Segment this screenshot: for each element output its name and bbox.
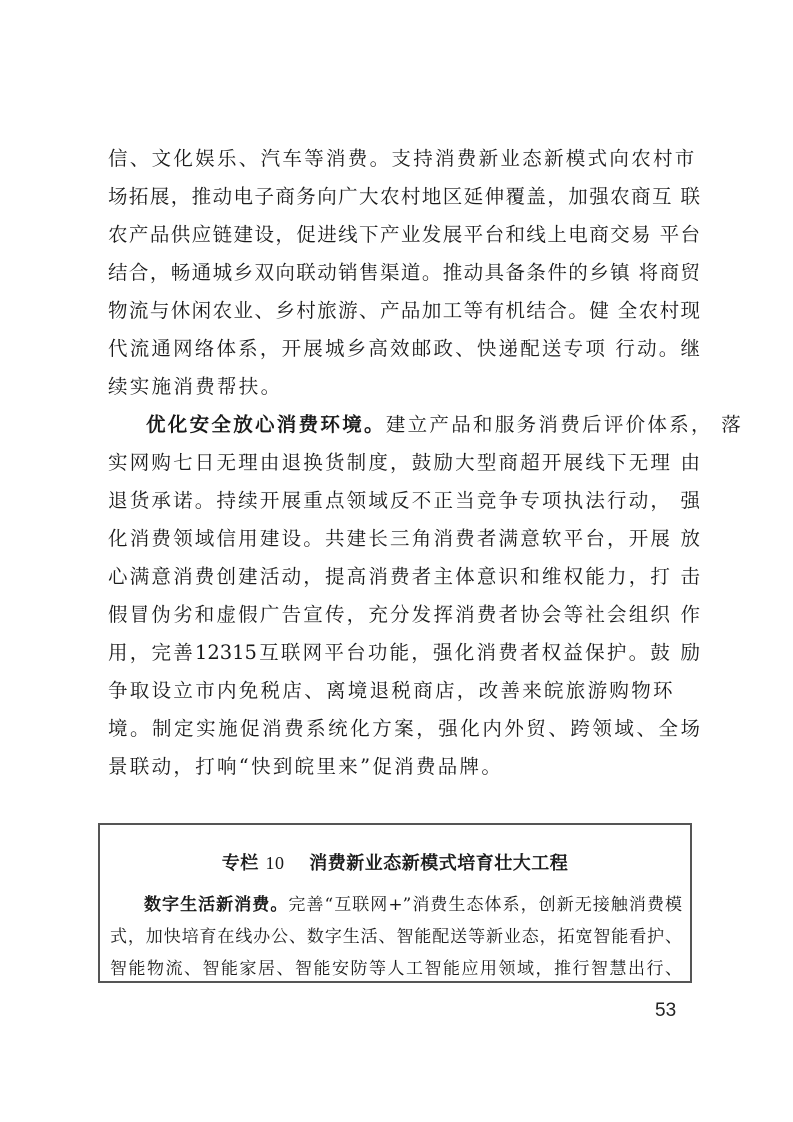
paragraph-line: 农产品供应链建设，促进线下产业发展平台和线上电商交易 平台 xyxy=(108,216,700,254)
document-page: 信、文化娱乐、汽车等消费。支持消费新业态新模式向农村市 场拓展，推动电子商务向广… xyxy=(0,0,793,1122)
paragraph-text: 建立产品和服务消费后评价体系， 落 xyxy=(386,413,743,436)
box-title: 专栏 10 消费新业态新模式培育壮大工程 xyxy=(100,849,690,875)
paragraph-line: 假冒伪劣和虚假广告宣传，充分发挥消费者协会等社会组织 作 xyxy=(108,596,700,634)
body-text: 信、文化娱乐、汽车等消费。支持消费新业态新模式向农村市 场拓展，推动电子商务向广… xyxy=(108,140,700,786)
column-box: 专栏 10 消费新业态新模式培育壮大工程 数字生活新消费。完善“互联网+”消费生… xyxy=(98,823,692,983)
paragraph-line: 信、文化娱乐、汽车等消费。支持消费新业态新模式向农村市 xyxy=(108,140,700,178)
paragraph-line: 争取设立市内免税店、离境退税商店，改善来皖旅游购物环 xyxy=(108,672,700,710)
paragraph-heading: 优化安全放心消费环境。 xyxy=(146,413,386,436)
box-body: 数字生活新消费。完善“互联网+”消费生态体系，创新无接触消费模 式，加快培育在线… xyxy=(110,889,682,985)
paragraph-line: 场拓展，推动电子商务向广大农村地区延伸覆盖，加强农商互 联 xyxy=(108,178,700,216)
paragraph-line: 结合，畅通城乡双向联动销售渠道。推动具备条件的乡镇 将商贸 xyxy=(108,254,700,292)
box-number: 10 xyxy=(266,853,285,873)
paragraph-line-first: 优化安全放心消费环境。建立产品和服务消费后评价体系， 落 xyxy=(108,406,700,444)
paragraph-line: 用，完善12315互联网平台功能，强化消费者权益保护。鼓 励 xyxy=(108,634,700,672)
paragraph-line: 景联动，打响“快到皖里来”促消费品牌。 xyxy=(108,748,700,786)
page-number: 53 xyxy=(655,1000,676,1022)
paragraph-line: 实网购七日无理由退换货制度，鼓励大型商超开展线下无理 由 xyxy=(108,444,700,482)
paragraph-line: 退货承诺。持续开展重点领域反不正当竞争专项执法行动， 强 xyxy=(108,482,700,520)
paragraph-line: 物流与休闲农业、乡村旅游、产品加工等有机结合。健 全农村现 xyxy=(108,292,700,330)
paragraph-line: 境。制定实施促消费系统化方案，强化内外贸、跨领域、全场 xyxy=(108,710,700,748)
box-title-text: 消费新业态新模式培育壮大工程 xyxy=(309,853,568,874)
paragraph-line: 心满意消费创建活动，提高消费者主体意识和维权能力，打 击 xyxy=(108,558,700,596)
box-line-first: 数字生活新消费。完善“互联网+”消费生态体系，创新无接触消费模 xyxy=(110,889,682,921)
paragraph-line: 代流通网络体系，开展城乡高效邮政、快递配送专项 行动。继 xyxy=(108,330,700,368)
box-text: 完善“互联网+”消费生态体系，创新无接触消费模 xyxy=(288,895,682,915)
box-label: 专栏 xyxy=(222,853,259,874)
box-line: 智能物流、智能家居、智能安防等人工智能应用领域，推行智慧出行、 xyxy=(110,953,682,985)
paragraph-line: 化消费领域信用建设。共建长三角消费者满意软平台，开展 放 xyxy=(108,520,700,558)
paragraph-line: 续实施消费帮扶。 xyxy=(108,368,700,406)
box-line: 式，加快培育在线办公、数字生活、智能配送等新业态，拓宽智能看护、 xyxy=(110,921,682,953)
box-heading: 数字生活新消费。 xyxy=(144,895,288,915)
